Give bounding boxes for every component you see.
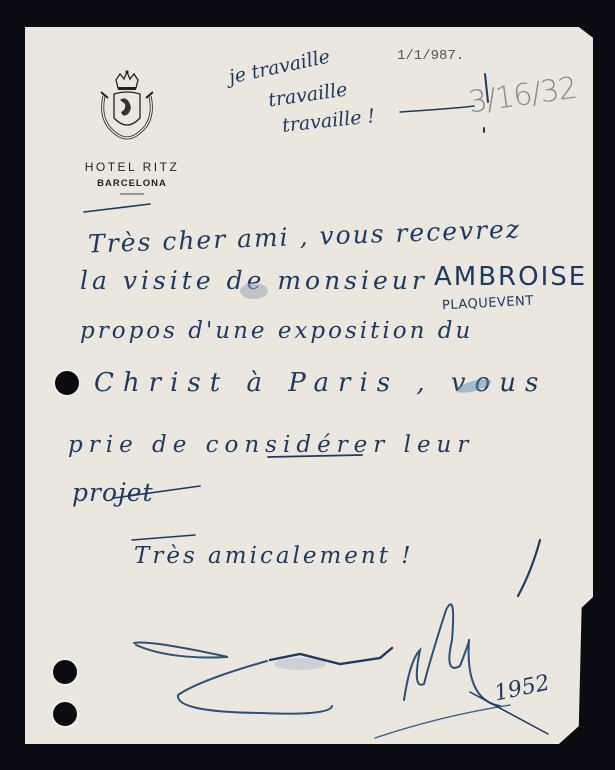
hotel-name: HOTEL RITZ — [72, 160, 192, 174]
letter-line-2: la visite de monsieur — [80, 266, 428, 295]
punch-hole-top — [55, 371, 79, 395]
letter-line-6: projet — [72, 478, 154, 507]
visitor-name: AMBROISE — [434, 262, 587, 292]
hotel-crest-icon — [98, 70, 156, 150]
letter-line-5: prie de considérer leur — [68, 432, 474, 458]
closing-line: Très amicalement ! — [134, 543, 414, 569]
letter-line-3: propos d'une exposition du — [80, 318, 473, 344]
typed-archive-date: 1/1/987. — [397, 48, 464, 64]
hotel-city: BARCELONA — [72, 178, 192, 189]
punch-hole-bottom — [53, 702, 77, 726]
punch-hole-middle — [53, 660, 77, 684]
letter-line-4: Christ à Paris , vous — [94, 368, 547, 398]
letterhead-fine-print — [120, 193, 144, 195]
